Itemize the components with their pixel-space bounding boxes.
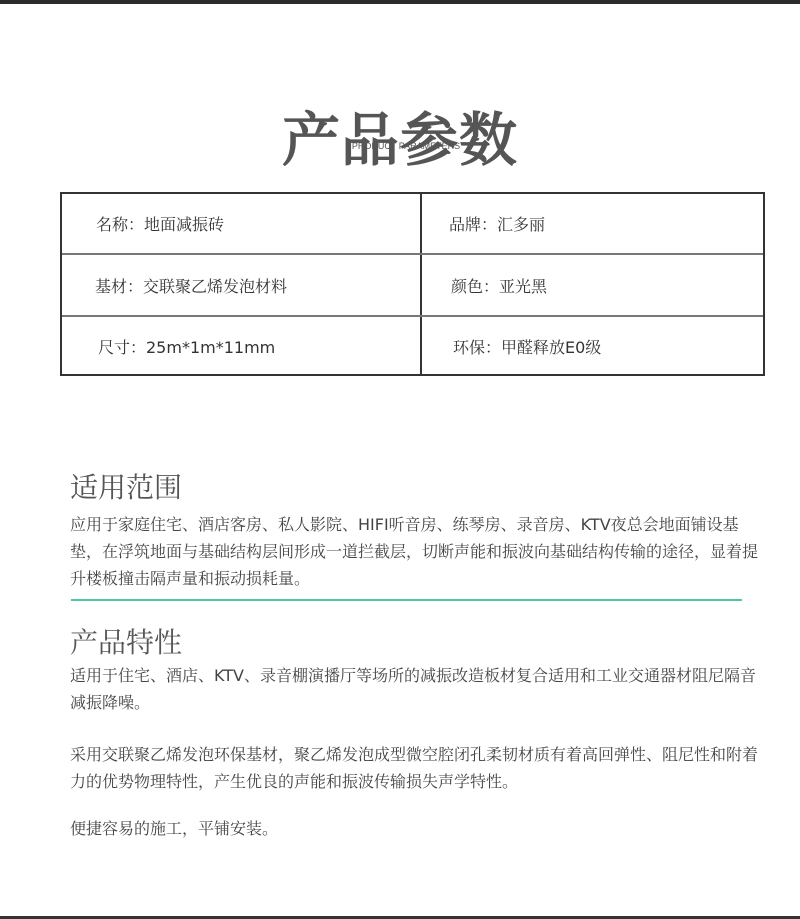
- features-paragraph: 便捷容易的施工，平铺安装。: [70, 815, 770, 842]
- page-title: 产品参数: [0, 105, 800, 175]
- parameters-row: 尺寸：25m*1m*11mm 环保：甲醛释放E0级: [62, 315, 763, 376]
- scope-paragraph: 应用于家庭住宅、酒店客房、私人影院、HIFI听音房、练琴房、录音房、KTV夜总会…: [70, 511, 770, 592]
- param-material: 基材：交联聚乙烯发泡材料: [62, 255, 422, 315]
- parameters-table: 名称：地面减振砖 品牌：汇多丽 基材：交联聚乙烯发泡材料 颜色：亚光黑 尺寸：2…: [60, 192, 765, 376]
- parameters-row: 基材：交联聚乙烯发泡材料 颜色：亚光黑: [62, 253, 763, 315]
- section-divider: [71, 599, 742, 601]
- param-brand: 品牌：汇多丽: [422, 194, 763, 253]
- page-subtitle: PRODUCT PARAMETERS: [0, 141, 800, 151]
- param-name: 名称：地面减振砖: [62, 194, 422, 253]
- parameters-row: 名称：地面减振砖 品牌：汇多丽: [62, 194, 763, 253]
- features-paragraph: 采用交联聚乙烯发泡环保基材，聚乙烯发泡成型微空腔闭孔柔韧材质有着高回弹性、阻尼性…: [70, 741, 770, 795]
- param-environmental: 环保：甲醛释放E0级: [422, 317, 763, 376]
- features-paragraph: 适用于住宅、酒店、KTV、录音棚演播厅等场所的减振改造板材复合适用和工业交通器材…: [70, 662, 770, 716]
- param-color: 颜色：亚光黑: [422, 255, 763, 315]
- section-title-scope: 适用范围: [70, 466, 182, 506]
- section-title-features: 产品特性: [70, 621, 182, 661]
- param-size: 尺寸：25m*1m*11mm: [62, 317, 422, 376]
- top-border-bar: [0, 0, 800, 4]
